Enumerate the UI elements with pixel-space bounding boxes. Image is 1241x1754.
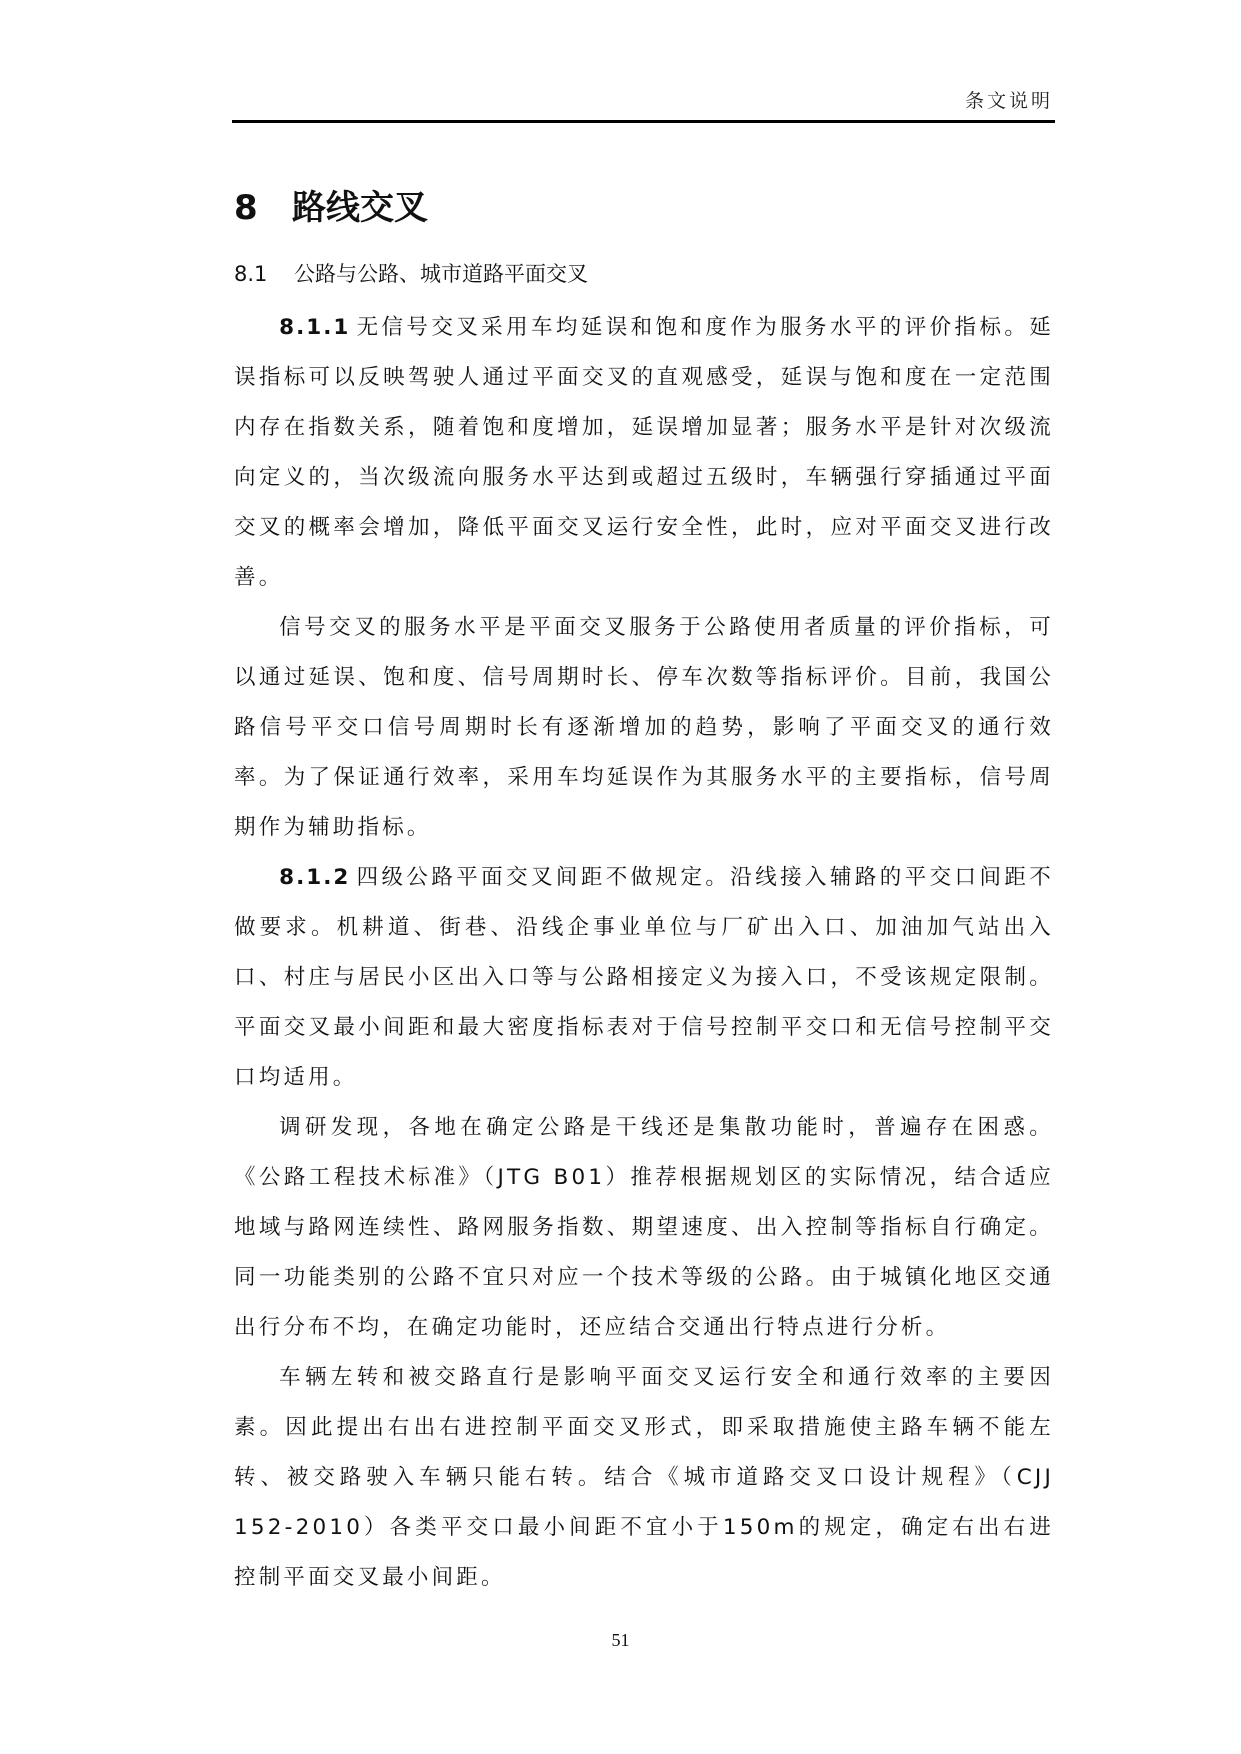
paragraph-survey: 调研发现，各地在确定公路是干线还是集散功能时，普遍存在困惑。《公路工程技术标准》…	[234, 1103, 1054, 1353]
section-title: 公路与公路、城市道路平面交叉	[294, 262, 588, 286]
paragraph-text: 车辆左转和被交路直行是影响平面交叉运行安全和通行效率的主要因素。因此提出右出右进…	[234, 1365, 1054, 1590]
page-number: 51	[0, 1630, 1241, 1651]
body-text: 8.1.1无信号交叉采用车均延误和饱和度作为服务水平的评价指标。延误指标可以反映…	[234, 303, 1054, 1603]
chapter-number: 8	[234, 188, 292, 228]
document-page: 条文说明 8路线交叉 8.1公路与公路、城市道路平面交叉 8.1.1无信号交叉采…	[0, 0, 1241, 1754]
chapter-heading: 8路线交叉	[234, 180, 428, 229]
running-header: 条文说明	[232, 84, 1055, 123]
paragraph-8-1-1: 8.1.1无信号交叉采用车均延误和饱和度作为服务水平的评价指标。延误指标可以反映…	[234, 303, 1054, 603]
paragraph-text: 调研发现，各地在确定公路是干线还是集散功能时，普遍存在困惑。《公路工程技术标准》…	[234, 1115, 1054, 1340]
paragraph-8-1-2: 8.1.2四级公路平面交叉间距不做规定。沿线接入辅路的平交口间距不做要求。机耕道…	[234, 853, 1054, 1103]
clause-number: 8.1.1	[279, 315, 350, 340]
section-heading: 8.1公路与公路、城市道路平面交叉	[234, 258, 588, 288]
chapter-title: 路线交叉	[292, 188, 428, 228]
section-number: 8.1	[234, 262, 294, 286]
running-header-title: 条文说明	[965, 86, 1053, 113]
paragraph-text: 信号交叉的服务水平是平面交叉服务于公路使用者质量的评价指标，可以通过延误、饱和度…	[234, 615, 1054, 840]
paragraph-text: 四级公路平面交叉间距不做规定。沿线接入辅路的平交口间距不做要求。机耕道、街巷、沿…	[234, 865, 1054, 1090]
paragraph-text: 无信号交叉采用车均延误和饱和度作为服务水平的评价指标。延误指标可以反映驾驶人通过…	[234, 315, 1054, 590]
paragraph-right-in-right-out: 车辆左转和被交路直行是影响平面交叉运行安全和通行效率的主要因素。因此提出右出右进…	[234, 1353, 1054, 1603]
paragraph-signal-los: 信号交叉的服务水平是平面交叉服务于公路使用者质量的评价指标，可以通过延误、饱和度…	[234, 603, 1054, 853]
clause-number: 8.1.2	[279, 865, 350, 890]
